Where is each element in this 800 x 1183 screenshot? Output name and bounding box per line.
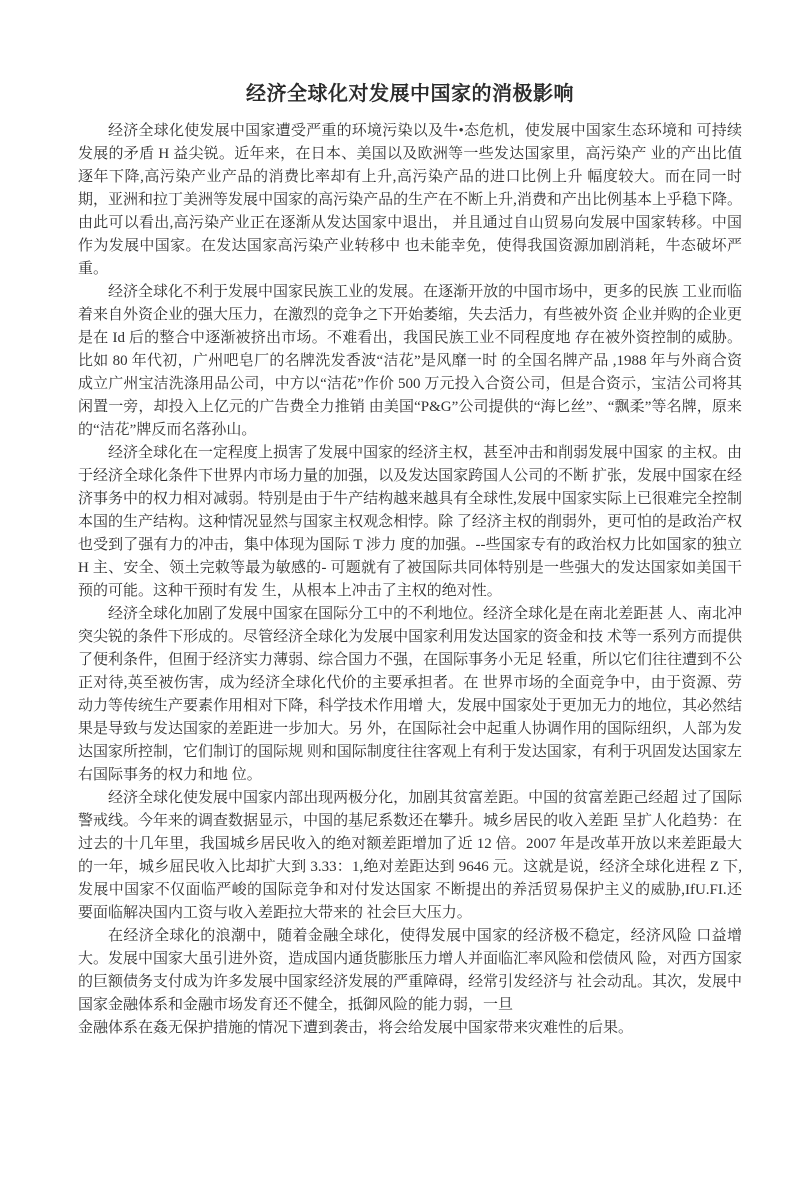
paragraph-financial-globalization: 在经济全球化的浪潮中，随着金融全球化，使得发展中国家的经济极不稳定，经济风险 口… [78, 925, 742, 1017]
paragraph-international-division: 经济全球化加剧了发展中国家在国际分工中的不利地位。经济全球化是在南北差距甚 人、… [78, 603, 742, 787]
paragraph-economic-sovereignty: 经济全球化在一定程度上损害了发展中国家的经济主权，甚至冲击和削弱发展中国家 的主… [78, 442, 742, 603]
document-page: 经济全球化对发展中国家的消极影响 经济全球化使发展中国家遭受严重的环境污染以及牛… [0, 0, 800, 1183]
paragraph-polarization-gap: 经济全球化使发展中国家内部出现两极分化，加剧其贫富差距。中国的贫富差距己经超 过… [78, 787, 742, 925]
paragraph-national-industry: 经济全球化不利于发展中国家民族工业的发展。在逐渐开放的中国市场中，更多的民族 工… [78, 281, 742, 442]
document-title: 经济全球化对发展中国家的消极影响 [78, 80, 742, 108]
paragraph-environment-pollution: 经济全球化使发展中国家遭受严重的环境污染以及牛•态危机，使发展中国家生态环境和 … [78, 120, 742, 281]
paragraph-financial-globalization-continuation: 金融体系在姦无保护措施的情况下遭到袭击，将会给发展中国家带来灾难性的后果。 [78, 1017, 742, 1040]
document-body: 经济全球化使发展中国家遭受严重的环境污染以及牛•态危机，使发展中国家生态环境和 … [78, 120, 742, 1040]
